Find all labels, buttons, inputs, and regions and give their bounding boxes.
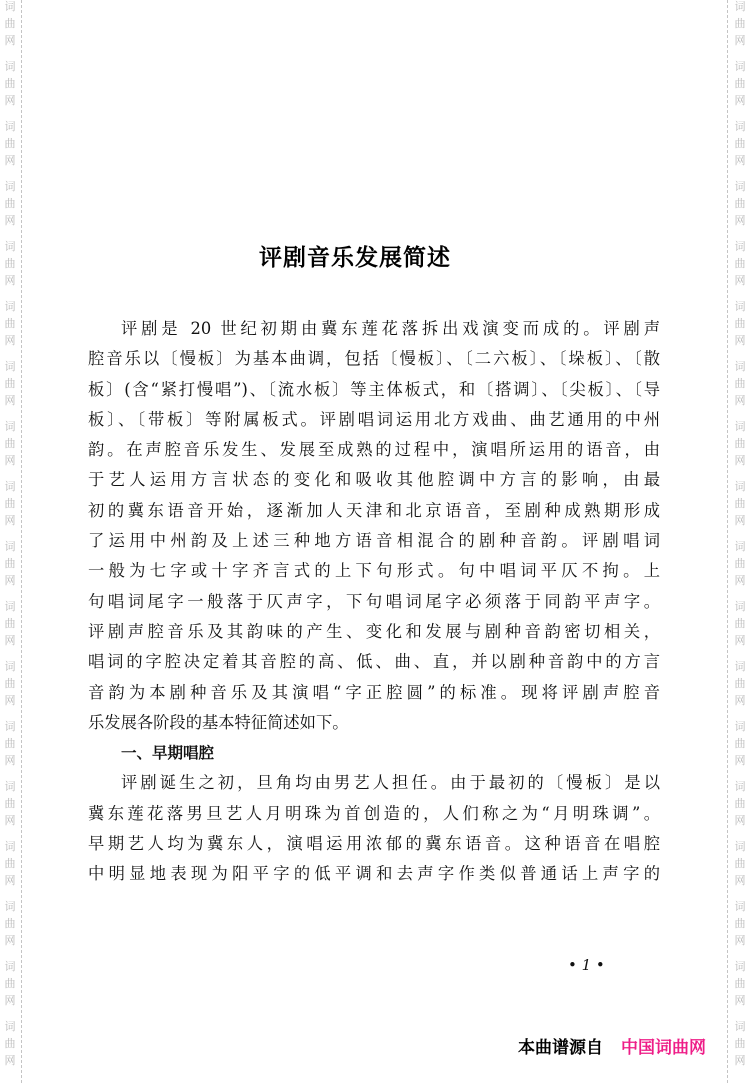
text-line: 初的冀东语音开始，逐渐加人天津和北京语音，至剧种成熟期形成 — [88, 496, 660, 526]
watermark-char: 网 — [2, 32, 18, 49]
text-line: 了运用中州韵及上述三种地方语音相混合的剧种音韵。评剧唱词 — [88, 526, 660, 556]
watermark-char: 词 — [732, 778, 748, 795]
watermark-char: 曲 — [732, 15, 748, 32]
watermark-char: 词 — [732, 838, 748, 855]
watermark-char: 网 — [2, 452, 18, 469]
watermark-group: 词曲网 — [2, 718, 18, 769]
watermark-char: 曲 — [732, 255, 748, 272]
watermark-char: 词 — [732, 658, 748, 675]
watermark-char: 曲 — [2, 15, 18, 32]
watermark-char: 曲 — [2, 795, 18, 812]
watermark-char: 网 — [732, 212, 748, 229]
text-line: 冀东莲花落男旦艺人月明珠为首创造的，人们称之为“月明珠调”。 — [88, 799, 660, 829]
left-watermark-column: 词曲网词曲网词曲网词曲网词曲网词曲网词曲网词曲网词曲网词曲网词曲网词曲网词曲网词… — [2, 0, 22, 1083]
watermark-char: 曲 — [2, 435, 18, 452]
watermark-char: 词 — [2, 658, 18, 675]
watermark-char: 网 — [2, 212, 18, 229]
watermark-char: 词 — [2, 418, 18, 435]
watermark-char: 网 — [2, 812, 18, 829]
watermark-group: 词曲网 — [2, 418, 18, 469]
watermark-char: 网 — [732, 452, 748, 469]
text-line: 音韵为本剧种音乐及其演唱“字正腔圆”的标准。现将评剧声腔音 — [88, 678, 660, 708]
watermark-char: 网 — [732, 632, 748, 649]
watermark-char: 网 — [732, 392, 748, 409]
watermark-char: 网 — [2, 992, 18, 1009]
watermark-char: 网 — [732, 812, 748, 829]
text-line: 板〕(含“紧打慢唱”)、〔流水板〕等主体板式，和〔搭调〕、〔尖板〕、〔导 — [88, 375, 660, 405]
watermark-group: 词曲网 — [2, 478, 18, 529]
watermark-char: 网 — [2, 752, 18, 769]
text-line: 早期艺人均为冀东人，演唱运用浓郁的冀东语音。这种语音在唱腔 — [88, 829, 660, 859]
text-line: 腔音乐以〔慢板〕为基本曲调，包括〔慢板〕、〔二六板〕、〔垛板〕、〔散 — [88, 344, 660, 374]
watermark-char: 曲 — [2, 195, 18, 212]
watermark-char: 词 — [2, 538, 18, 555]
watermark-char: 曲 — [732, 375, 748, 392]
watermark-char: 曲 — [732, 555, 748, 572]
document-body: 评剧是 20 世纪初期由冀东莲花落拆出戏演变而成的。评剧声腔音乐以〔慢板〕为基本… — [88, 314, 660, 890]
watermark-char: 网 — [732, 752, 748, 769]
watermark-group: 词曲网 — [732, 358, 748, 409]
watermark-char: 曲 — [732, 795, 748, 812]
text-line: 唱词的字腔决定着其音腔的高、低、曲、直，并以剧种音韵中的方言 — [88, 647, 660, 677]
watermark-char: 网 — [732, 1052, 748, 1069]
watermark-char: 网 — [2, 692, 18, 709]
right-watermark-column: 词曲网词曲网词曲网词曲网词曲网词曲网词曲网词曲网词曲网词曲网词曲网词曲网词曲网词… — [732, 0, 749, 1083]
section-heading: 一、早期唱腔 — [88, 738, 660, 768]
watermark-char: 词 — [732, 1018, 748, 1035]
watermark-char: 网 — [732, 512, 748, 529]
watermark-char: 网 — [732, 932, 748, 949]
watermark-char: 曲 — [732, 435, 748, 452]
watermark-char: 曲 — [2, 915, 18, 932]
text-line: 中明显地表现为阳平字的低平调和去声字作类似普通话上声字的 — [88, 859, 660, 889]
watermark-char: 词 — [732, 0, 748, 15]
source-brand-link[interactable]: 中国词曲网 — [621, 1038, 706, 1058]
watermark-char: 词 — [2, 358, 18, 375]
text-line: 评剧是 20 世纪初期由冀东莲花落拆出戏演变而成的。评剧声 — [88, 314, 660, 344]
watermark-char: 网 — [2, 92, 18, 109]
watermark-group: 词曲网 — [2, 778, 18, 829]
watermark-char: 网 — [2, 872, 18, 889]
watermark-char: 词 — [2, 478, 18, 495]
text-line: 一般为七字或十字齐言式的上下句形式。句中唱词平仄不拘。上 — [88, 556, 660, 586]
text-line: 评剧声腔音乐及其韵味的产生、变化和发展与剧种音韵密切相关， — [88, 617, 660, 647]
watermark-group: 词曲网 — [2, 958, 18, 1009]
watermark-char: 词 — [2, 898, 18, 915]
watermark-char: 曲 — [732, 735, 748, 752]
watermark-group: 词曲网 — [732, 178, 748, 229]
watermark-char: 网 — [2, 272, 18, 289]
watermark-char: 网 — [2, 512, 18, 529]
watermark-char: 曲 — [732, 135, 748, 152]
watermark-group: 词曲网 — [2, 358, 18, 409]
watermark-char: 网 — [732, 692, 748, 709]
watermark-char: 曲 — [732, 615, 748, 632]
watermark-char: 词 — [732, 238, 748, 255]
watermark-char: 网 — [2, 932, 18, 949]
page-number: • 1 • — [568, 956, 605, 974]
text-line: 评剧诞生之初，旦角均由男艺人担任。由于最初的〔慢板〕是以 — [88, 768, 660, 798]
watermark-char: 词 — [732, 958, 748, 975]
watermark-char: 词 — [732, 598, 748, 615]
watermark-char: 词 — [2, 778, 18, 795]
watermark-char: 曲 — [732, 675, 748, 692]
watermark-char: 曲 — [732, 495, 748, 512]
watermark-char: 曲 — [2, 555, 18, 572]
watermark-char: 曲 — [732, 75, 748, 92]
watermark-char: 曲 — [732, 1035, 748, 1052]
watermark-char: 曲 — [732, 975, 748, 992]
watermark-char: 曲 — [2, 675, 18, 692]
watermark-char: 曲 — [2, 735, 18, 752]
watermark-char: 网 — [2, 392, 18, 409]
watermark-group: 词曲网 — [2, 118, 18, 169]
watermark-char: 曲 — [2, 495, 18, 512]
watermark-char: 词 — [2, 298, 18, 315]
watermark-char: 曲 — [732, 195, 748, 212]
watermark-group: 词曲网 — [2, 0, 18, 49]
watermark-char: 网 — [2, 1052, 18, 1069]
watermark-group: 词曲网 — [2, 598, 18, 649]
text-line: 句唱词尾字一般落于仄声字，下句唱词尾字必须落于同韵平声字。 — [88, 587, 660, 617]
watermark-group: 词曲网 — [732, 718, 748, 769]
watermark-char: 词 — [732, 118, 748, 135]
watermark-char: 曲 — [2, 375, 18, 392]
text-line: 乐发展各阶段的基本特征简述如下。 — [88, 708, 660, 738]
watermark-group: 词曲网 — [732, 418, 748, 469]
watermark-group: 词曲网 — [2, 538, 18, 589]
watermark-char: 曲 — [732, 915, 748, 932]
watermark-char: 词 — [2, 1018, 18, 1035]
watermark-char: 网 — [2, 572, 18, 589]
watermark-group: 词曲网 — [732, 118, 748, 169]
watermark-char: 网 — [732, 92, 748, 109]
source-note: 本曲谱源自中国词曲网 — [518, 1033, 706, 1058]
text-line: 于艺人运用方言状态的变化和吸收其他腔调中方言的影响，由最 — [88, 465, 660, 495]
watermark-char: 网 — [732, 152, 748, 169]
watermark-char: 网 — [732, 872, 748, 889]
watermark-char: 词 — [732, 478, 748, 495]
watermark-char: 词 — [2, 118, 18, 135]
watermark-group: 词曲网 — [732, 478, 748, 529]
watermark-char: 词 — [2, 58, 18, 75]
watermark-char: 词 — [732, 898, 748, 915]
text-line: 韵。在声腔音乐发生、发展至成熟的过程中，演唱所运用的语音，由 — [88, 435, 660, 465]
watermark-char: 词 — [2, 178, 18, 195]
watermark-group: 词曲网 — [732, 58, 748, 109]
watermark-char: 网 — [732, 992, 748, 1009]
watermark-char: 词 — [2, 598, 18, 615]
watermark-char: 网 — [732, 32, 748, 49]
text-line: 板〕、〔带板〕等附属板式。评剧唱词运用北方戏曲、曲艺通用的中州 — [88, 405, 660, 435]
watermark-char: 词 — [2, 838, 18, 855]
watermark-group: 词曲网 — [732, 298, 748, 349]
watermark-char: 词 — [732, 538, 748, 555]
watermark-char: 曲 — [2, 75, 18, 92]
watermark-group: 词曲网 — [2, 838, 18, 889]
watermark-char: 曲 — [732, 855, 748, 872]
watermark-char: 词 — [732, 358, 748, 375]
watermark-group: 词曲网 — [732, 0, 748, 49]
watermark-group: 词曲网 — [732, 898, 748, 949]
watermark-char: 网 — [2, 632, 18, 649]
watermark-char: 网 — [732, 272, 748, 289]
watermark-group: 词曲网 — [732, 838, 748, 889]
watermark-char: 曲 — [2, 975, 18, 992]
watermark-group: 词曲网 — [2, 658, 18, 709]
watermark-char: 曲 — [2, 1035, 18, 1052]
watermark-char: 词 — [2, 718, 18, 735]
watermark-char: 曲 — [2, 855, 18, 872]
watermark-char: 词 — [732, 298, 748, 315]
watermark-group: 词曲网 — [732, 238, 748, 289]
watermark-group: 词曲网 — [732, 778, 748, 829]
watermark-group: 词曲网 — [732, 958, 748, 1009]
watermark-group: 词曲网 — [732, 598, 748, 649]
watermark-char: 词 — [732, 418, 748, 435]
watermark-char: 网 — [732, 572, 748, 589]
page-title: 评剧音乐发展简述 — [0, 239, 710, 272]
watermark-group: 词曲网 — [2, 898, 18, 949]
watermark-char: 曲 — [2, 615, 18, 632]
watermark-char: 词 — [732, 178, 748, 195]
watermark-char: 词 — [2, 0, 18, 15]
watermark-char: 曲 — [2, 315, 18, 332]
watermark-char: 网 — [2, 152, 18, 169]
watermark-group: 词曲网 — [2, 298, 18, 349]
watermark-group: 词曲网 — [732, 1018, 748, 1069]
watermark-group: 词曲网 — [2, 58, 18, 109]
watermark-char: 词 — [732, 58, 748, 75]
watermark-group: 词曲网 — [2, 1018, 18, 1069]
watermark-char: 网 — [2, 332, 18, 349]
source-label: 本曲谱源自 — [518, 1038, 603, 1058]
watermark-char: 曲 — [2, 135, 18, 152]
watermark-char: 网 — [732, 332, 748, 349]
watermark-char: 词 — [732, 718, 748, 735]
watermark-group: 词曲网 — [732, 538, 748, 589]
right-margin-dashed-line — [727, 0, 728, 1083]
watermark-char: 曲 — [732, 315, 748, 332]
watermark-char: 词 — [2, 958, 18, 975]
watermark-group: 词曲网 — [732, 658, 748, 709]
watermark-group: 词曲网 — [2, 178, 18, 229]
